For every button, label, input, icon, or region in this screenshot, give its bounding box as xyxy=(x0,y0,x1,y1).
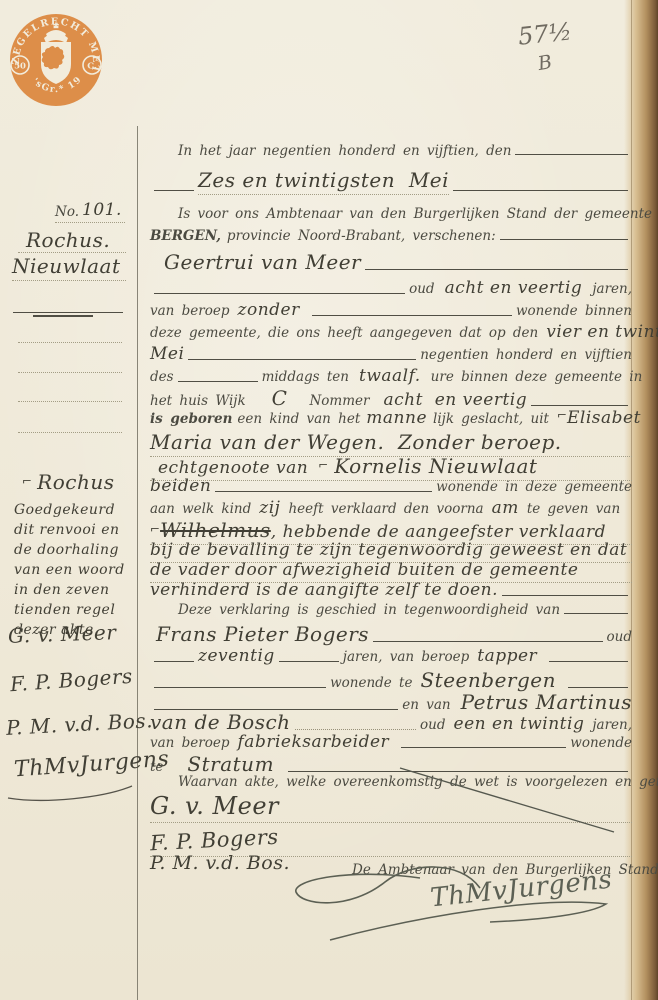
margin-signature-witness1: F. P. Bogers xyxy=(9,664,133,697)
margin-child-surname: Nieuwlaat xyxy=(12,254,121,278)
margin-dotted-rule xyxy=(55,222,125,223)
folio-number-pencil: 57½ xyxy=(517,17,573,50)
folio-letter-pencil: B xyxy=(536,51,554,75)
margin-dotted-rule xyxy=(18,432,122,433)
margin-child-firstname: Rochus. xyxy=(26,228,110,252)
stamp-left-value: 50 xyxy=(14,62,26,72)
insertion-mark: ⌐ xyxy=(22,474,32,488)
entry-witness2-occupation: van beroep fabrieksarbeider wonende xyxy=(150,732,632,752)
entry-parents-residence: beiden wonende in deze gemeente xyxy=(150,476,632,496)
margin-dotted-rule xyxy=(18,372,122,373)
form-line-witnesses-intro: Deze verklaring is geschied in tegenwoor… xyxy=(150,602,632,618)
signature-registrar: ThMvJurgens xyxy=(430,874,630,904)
birth-certificate-page: ZEGELRECHT MET OPCENTEN 50 C. 'sGr.* 191… xyxy=(0,0,658,1000)
margin-dotted-rule xyxy=(12,280,126,281)
margin-signature-witness2: P. M. v.d. Bos. xyxy=(5,708,153,740)
act-number-label: No. xyxy=(55,204,79,220)
entry-witness2-age: van de Bosch oud een en twintig jaren, xyxy=(150,710,632,734)
entry-witness1-name: Frans Pieter Bogers oud xyxy=(150,622,632,646)
entry-child-sex-mother: is geboren een kind van het manne lijk g… xyxy=(150,408,632,428)
entry-mother-name: Maria van der Wegen. Zonder beroep. xyxy=(150,430,632,457)
entry-declarant-name: Geertrui van Meer xyxy=(150,250,632,274)
form-line-registrar-intro: Is voor ons Ambtenaar van den Burgerlijk… xyxy=(150,206,632,222)
margin-signature-flourish xyxy=(4,768,136,804)
margin-closing-rule xyxy=(13,312,123,313)
insertion-mark: ⌐ xyxy=(150,522,160,536)
insertion-mark: ⌐ xyxy=(557,408,567,422)
entry-declarant-age: oud acht en veertig jaren, xyxy=(150,278,632,298)
margin-dotted-rule xyxy=(18,342,122,343)
entry-witness1-age-occupation: zeventig jaren, van beroep tapper xyxy=(150,646,632,666)
form-line-declaration-date: deze gemeente, die ons heeft aangegeven … xyxy=(150,322,632,342)
revenue-stamp: ZEGELRECHT MET OPCENTEN 50 C. 'sGr.* 191… xyxy=(6,8,106,112)
margin-approval-note: Goedgekeurd dit renvooi en de doorhaling… xyxy=(14,500,134,640)
signature-flourish-line xyxy=(390,762,620,838)
entry-date: Zes en twintigsten Mei xyxy=(150,168,632,195)
revenue-stamp-graphic: ZEGELRECHT MET OPCENTEN 50 C. 'sGr.* 191… xyxy=(6,8,106,112)
entry-declarant-occupation: van beroep zonder wonende binnen xyxy=(150,300,632,320)
margin-dotted-rule xyxy=(18,252,126,253)
entry-birth-month: Mei negentien honderd en vijftien xyxy=(150,344,632,364)
margin-dotted-rule xyxy=(18,401,122,402)
entry-birth-hour: des middags ten twaalf. ure binnen deze … xyxy=(150,366,632,386)
insertion-mark: ⌐ xyxy=(318,458,328,472)
entry-note-line3: verhinderd is de aangifte zelf te doen. xyxy=(150,580,632,600)
form-line-year: In het jaar negentien honderd en vijftie… xyxy=(150,143,632,159)
act-number-value: 101. xyxy=(82,200,122,220)
entry-witness1-residence: wonende te Steenbergen xyxy=(150,668,632,692)
margin-closing-rule-thick xyxy=(33,315,93,317)
form-line-municipality: BERGEN, provincie Noord-Brabant, versche… xyxy=(150,228,632,244)
margin-correction-name: ⌐ Rochus xyxy=(22,470,114,494)
margin-divider-rule xyxy=(137,126,138,1000)
form-line-firstname-intro: aan welk kind zij heeft verklaard den vo… xyxy=(150,498,632,518)
entry-birth-house: het huis Wijk C Nommer acht en veertig xyxy=(150,386,632,410)
stamp-right-value: C. xyxy=(87,62,97,72)
margin-signature-declarant: G. v. Meer xyxy=(8,620,117,648)
